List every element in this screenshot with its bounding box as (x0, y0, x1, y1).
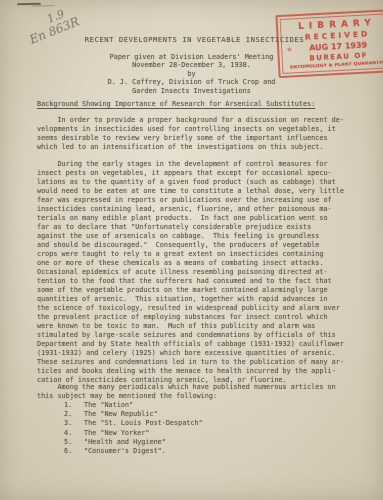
paragraph-history: During the early stages in the developme… (37, 160, 357, 385)
subtitle-meeting: Paper given at Division Leaders' Meeting (0, 53, 383, 61)
list-item-number: 4. (64, 429, 77, 438)
document-header: RECENT DEVELOPMENTS IN VEGETABLE INSECTI… (0, 35, 383, 95)
list-item-number: 3. (64, 419, 77, 428)
list-item-number: 2. (64, 410, 77, 419)
list-item: 5. "Health and Hygiene" (64, 438, 203, 447)
paragraph-introduction: In order to provide a proper background … (37, 116, 357, 152)
pencil-smudge-mark (17, 3, 41, 5)
section-heading: Background Showing Importance of Researc… (37, 100, 315, 108)
byline: by (0, 70, 383, 78)
list-item: 6. "Consumer's Digest". (64, 447, 203, 456)
author-line2: Garden Insects Investigations (0, 87, 383, 95)
document-title: RECENT DEVELOPMENTS IN VEGETABLE INSECTI… (6, 35, 383, 44)
list-item-number: 1. (64, 401, 77, 410)
list-item-title: "Health and Hygiene" (84, 438, 166, 447)
list-item: 4. The "New Yorker" (64, 429, 203, 438)
list-item-title: "Consumer's Digest". (84, 447, 166, 456)
list-item: 2. The "New Republic" (64, 410, 203, 419)
list-item: 1. The "Nation" (64, 401, 203, 410)
list-item-title: The "Nation" (84, 401, 133, 410)
list-item: 3. The "St. Louis Post-Despatch" (64, 419, 203, 428)
list-item-number: 5. (64, 438, 77, 447)
list-item-title: The "St. Louis Post-Despatch" (84, 419, 203, 428)
scanned-document-page: 1.9 En 863R LIBRARY RECEIVED ★ AUG 17 19… (0, 0, 383, 500)
subtitle-date: November 28-December 3, 1938. (0, 61, 383, 69)
list-item-title: The "New Yorker" (84, 429, 149, 438)
paragraph-periodicals-intro: Among the many periodicals which have pu… (37, 383, 357, 401)
list-item-title: The "New Republic" (84, 410, 158, 419)
periodicals-list: 1. The "Nation" 2. The "New Republic" 3.… (64, 401, 203, 456)
author-line1: D. J. Caffrey, Division of Truck Crop an… (0, 78, 383, 86)
list-item-number: 6. (64, 447, 77, 456)
